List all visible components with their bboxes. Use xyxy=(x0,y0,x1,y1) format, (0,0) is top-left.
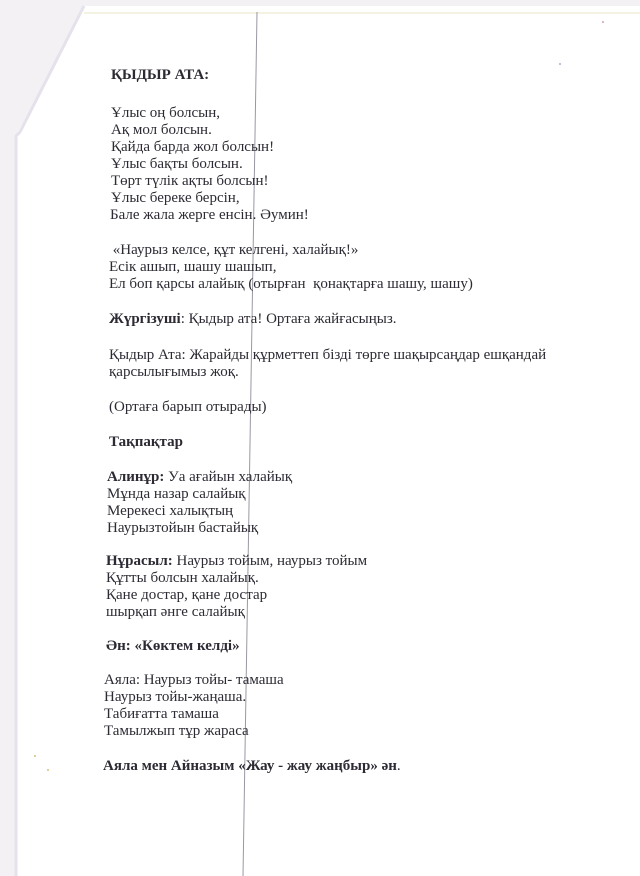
verse-3-line: Тамылжып тұр жараса xyxy=(104,723,249,740)
verse-3-line: Наурыз тойы-жаңаша. xyxy=(104,689,246,706)
blessing-line: Бале жала жерге енсін. Әумин! xyxy=(110,207,309,224)
verse-2-first-line: Нұрасыл: Наурыз тойым, наурыз тойым xyxy=(106,553,367,570)
blessing-line: Ұлыс бақты болсын. xyxy=(111,156,243,173)
host-text: : Қыдыр ата! Ортаға жайғасыңыз. xyxy=(181,311,397,327)
verse-1-line: Наурызтойын бастайық xyxy=(107,520,258,537)
verse-3-line: Аяла: Наурыз тойы- тамаша xyxy=(104,672,284,689)
greeting-line: «Наурыз келсе, құт келгені, халайық!» xyxy=(109,242,358,259)
document-body: ҚЫДЫР АТА: Ұлыс оң болсын, Ақ мол болсын… xyxy=(0,0,640,876)
scanned-sheet: ҚЫДЫР АТА: Ұлыс оң болсын, Ақ мол болсын… xyxy=(0,0,640,876)
verse-1-speaker: Алинұр: xyxy=(107,469,164,485)
closing-bold: Аяла мен Айназым «Жау - жау жаңбыр» ән xyxy=(103,758,397,774)
verse-3-line: Табиғатта тамаша xyxy=(104,706,219,723)
host-speaker: Жүргізуші xyxy=(109,311,181,327)
greeting-line: Ел боп қарсы алайық (отырған қонақтарға … xyxy=(109,276,473,293)
verse-2-line: Құтты болсын халайық. xyxy=(106,570,259,587)
verse-2-speaker: Нұрасыл: xyxy=(106,553,173,569)
verse-1-line: Мұнда назар салайық xyxy=(107,486,246,503)
blessing-line: Төрт түлік ақты болсын! xyxy=(111,173,269,190)
blessing-line: Қайда барда жол болсын! xyxy=(111,139,274,156)
verse-2-line: Қане достар, қане достар xyxy=(106,587,267,604)
blessing-line: Ұлыс оң болсын, xyxy=(111,105,220,122)
verse-2-text: Наурыз тойым, наурыз тойым xyxy=(173,553,367,569)
blessing-line: Ұлыс береке берсін, xyxy=(111,190,240,207)
kydyr-reply-line: қарсылығымыз жоқ. xyxy=(109,364,239,381)
closing-tail: . xyxy=(397,758,401,774)
song-heading: Ән: «Көктем келді» xyxy=(106,638,240,655)
stage-direction: (Ортаға барып отырады) xyxy=(109,399,267,416)
blessing-line: Ақ мол болсын. xyxy=(111,122,212,139)
verse-2-line: шырқап әнге салайық xyxy=(106,604,245,621)
greeting-line: Есік ашып, шашу шашып, xyxy=(109,259,276,276)
document-title: ҚЫДЫР АТА: xyxy=(111,67,209,84)
verse-1-line: Мерекесі халықтың xyxy=(107,503,233,520)
closing-line: Аяла мен Айназым «Жау - жау жаңбыр» ән. xyxy=(103,758,401,775)
section-heading: Тақпақтар xyxy=(109,434,183,451)
host-line: Жүргізуші: Қыдыр ата! Ортаға жайғасыңыз. xyxy=(109,311,397,328)
verse-1-text: Уа ағайын халайық xyxy=(164,469,292,485)
verse-1-first-line: Алинұр: Уа ағайын халайық xyxy=(107,469,292,486)
kydyr-reply-line: Қыдыр Ата: Жарайды құрметтеп бізді төрге… xyxy=(109,347,546,364)
